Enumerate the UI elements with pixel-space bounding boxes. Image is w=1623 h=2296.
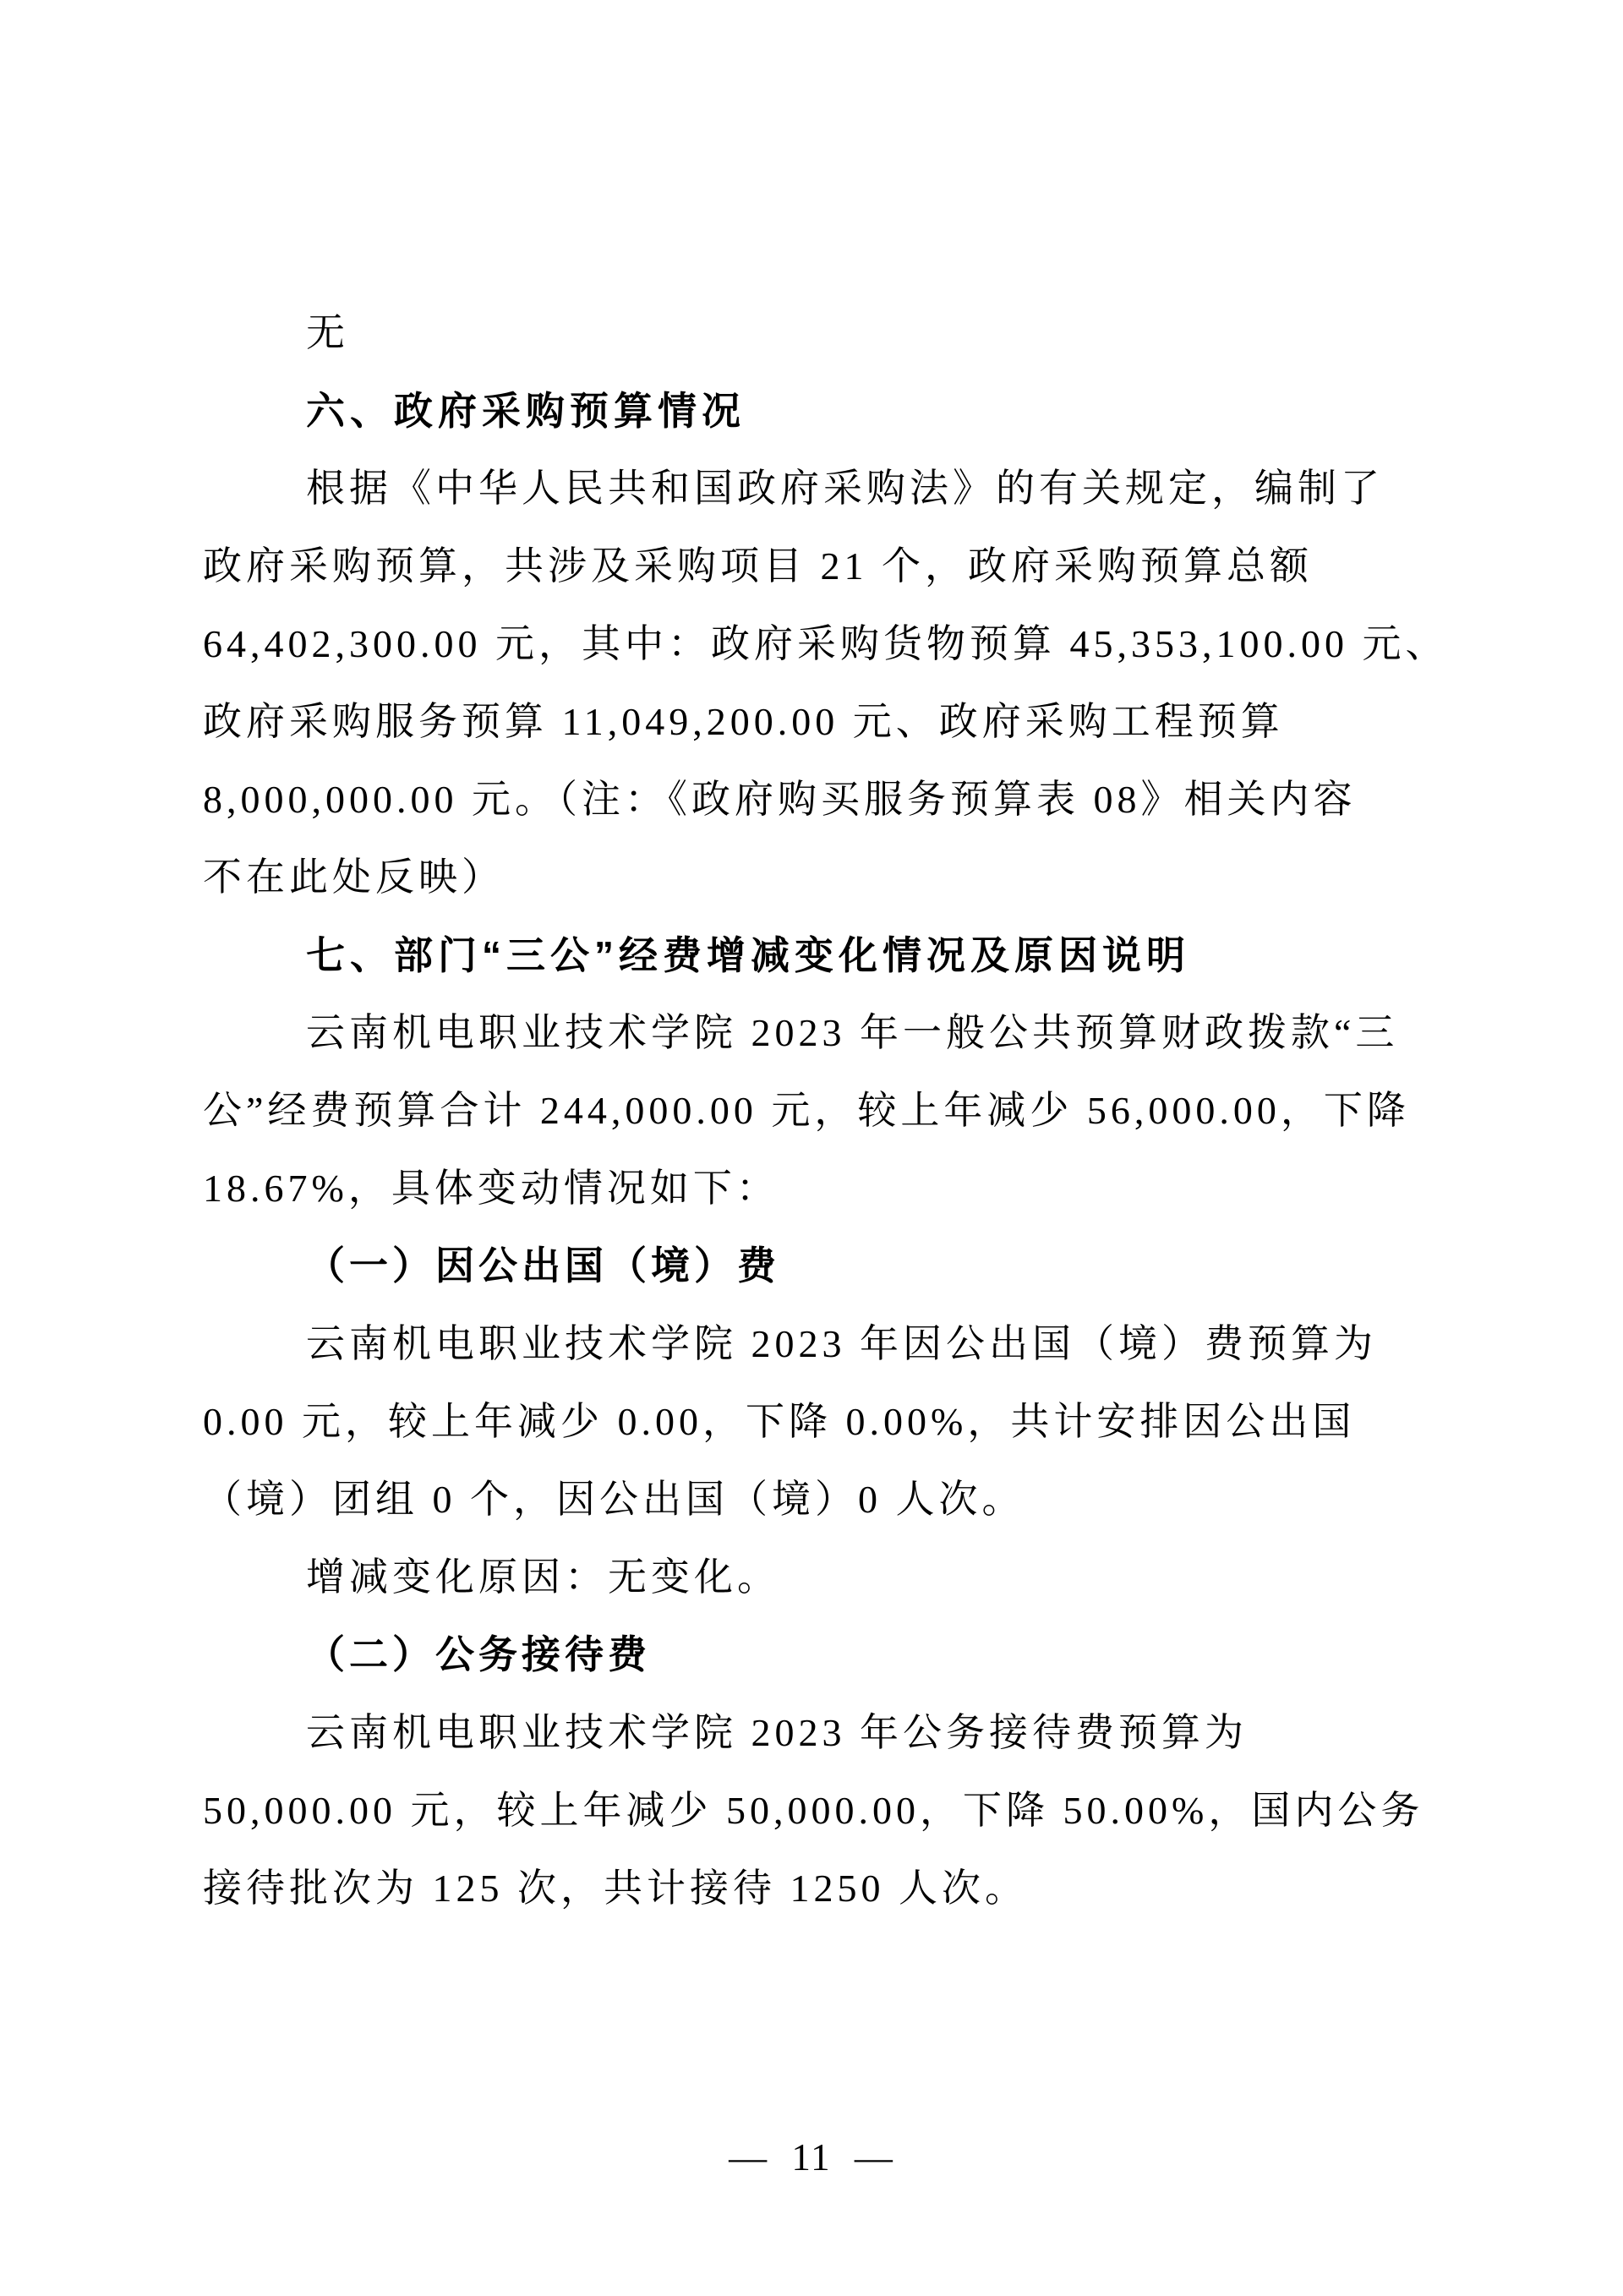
para-three-public-line-1: 云南机电职业技术学院 2023 年一般公共预算财政拨款“三 (203, 994, 1445, 1072)
para-reception-line-1: 云南机电职业技术学院 2023 年公务接待费预算为 (203, 1694, 1445, 1772)
para-gov-procurement-line-6: 不在此处反映） (203, 839, 1445, 916)
para-gov-procurement-line-3: 64,402,300.00 元，其中：政府采购货物预算 45,353,100.0… (203, 605, 1445, 683)
para-reception-line-2: 50,000.00 元，较上年减少 50,000.00，下降 50.00%，国内… (203, 1772, 1445, 1850)
para-gov-procurement-line-4: 政府采购服务预算 11,049,200.00 元、政府采购工程预算 (203, 683, 1445, 761)
page-number: — 11 — (0, 2139, 1623, 2177)
heading-subsection-2-reception-fee: （二）公务接待费 (203, 1616, 1445, 1694)
para-abroad-line-3: （境）团组 0 个，因公出国（境）0 人次。 (203, 1461, 1445, 1539)
para-three-public-line-3: 18.67%，具体变动情况如下： (203, 1150, 1445, 1227)
para-abroad-line-1: 云南机电职业技术学院 2023 年因公出国（境）费预算为 (203, 1305, 1445, 1383)
para-abroad-line-2: 0.00 元，较上年减少 0.00，下降 0.00%，共计安排因公出国 (203, 1383, 1445, 1461)
heading-subsection-1-abroad-fee: （一）因公出国（境）费 (203, 1227, 1445, 1305)
para-gov-procurement-line-1: 根据《中华人民共和国政府采购法》的有关规定，编制了 (203, 450, 1445, 528)
document-body: 无 六、政府采购预算情况 根据《中华人民共和国政府采购法》的有关规定，编制了 政… (203, 294, 1445, 1927)
heading-section-7-three-public-funds: 七、部门“三公”经费增减变化情况及原因说明 (203, 916, 1445, 994)
para-change-reason: 增减变化原因：无变化。 (203, 1539, 1445, 1616)
para-gov-procurement-line-5: 8,000,000.00 元。（注：《政府购买服务预算表 08》相关内容 (203, 761, 1445, 839)
para-none: 无 (203, 294, 1445, 372)
document-page: 无 六、政府采购预算情况 根据《中华人民共和国政府采购法》的有关规定，编制了 政… (0, 0, 1623, 2296)
para-gov-procurement-line-2: 政府采购预算，共涉及采购项目 21 个，政府采购预算总额 (203, 528, 1445, 605)
heading-section-6-gov-procurement: 六、政府采购预算情况 (203, 372, 1445, 450)
para-three-public-line-2: 公”经费预算合计 244,000.00 元，较上年减少 56,000.00，下降 (203, 1072, 1445, 1150)
para-reception-line-3: 接待批次为 125 次，共计接待 1250 人次。 (203, 1850, 1445, 1927)
